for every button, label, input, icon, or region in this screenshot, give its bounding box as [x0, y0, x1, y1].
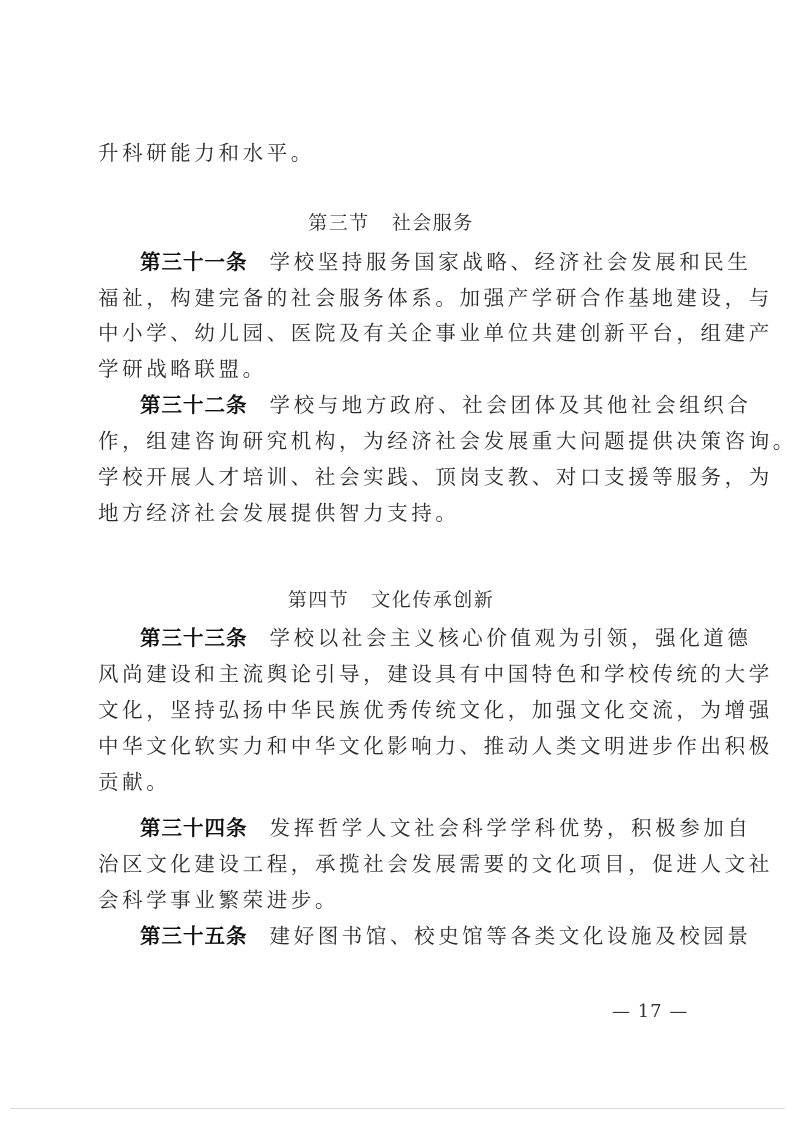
article-31-line-4: 学研战略联盟。 [98, 357, 684, 381]
article-35-line-1: 第三十五条建好图书馆、校史馆等各类文化设施及校园景 [98, 924, 726, 948]
article-31-line-1: 第三十一条学校坚持服务国家战略、经济社会发展和民生 [98, 250, 726, 274]
article-text: 建好图书馆、校史馆等各类文化设施及校园景 [270, 924, 752, 948]
article-32-line-3: 学校开展人才培训、社会实践、顶岗支教、对口支援等服务，为 [98, 465, 684, 489]
article-label: 第三十二条 [140, 393, 248, 417]
section-number: 第四节 [288, 589, 350, 611]
article-33-line-5: 贡献。 [98, 770, 684, 794]
section-heading-3: 第三节社会服务 [98, 211, 684, 235]
article-text: 学校与地方政府、社会团体及其他社会组织合 [270, 393, 752, 417]
article-text: 学校坚持服务国家战略、经济社会发展和民生 [270, 250, 752, 274]
continuation-line: 升科研能力和水平。 [98, 141, 684, 165]
article-33-line-1: 第三十三条学校以社会主义核心价值观为引领，强化道德 [98, 626, 726, 650]
article-label: 第三十四条 [140, 816, 248, 840]
article-text: 学校以社会主义核心价值观为引领，强化道德 [270, 626, 752, 650]
section-number: 第三节 [308, 212, 370, 234]
article-34-line-2: 治区文化建设工程，承揽社会发展需要的文化项目，促进人文社 [98, 852, 684, 876]
scan-edge-line [10, 1108, 785, 1109]
article-31-line-3: 中小学、幼儿园、医院及有关企事业单位共建创新平台，组建产 [98, 321, 684, 345]
article-label: 第三十三条 [140, 626, 248, 650]
article-32-line-2: 作，组建咨询研究机构，为经济社会发展重大问题提供决策咨询。 [98, 429, 684, 453]
article-34-line-3: 会科学事业繁荣进步。 [98, 888, 684, 912]
article-label: 第三十一条 [140, 250, 248, 274]
section-title: 文化传承创新 [371, 589, 494, 611]
article-label: 第三十五条 [140, 924, 248, 948]
article-33-line-4: 中华文化软实力和中华文化影响力、推动人类文明进步作出积极 [98, 734, 684, 758]
article-32-line-1: 第三十二条学校与地方政府、社会团体及其他社会组织合 [98, 393, 726, 417]
article-32-line-4: 地方经济社会发展提供智力支持。 [98, 501, 684, 525]
article-33-line-2: 风尚建设和主流舆论引导，建设具有中国特色和学校传统的大学 [98, 662, 684, 686]
section-title: 社会服务 [392, 212, 474, 234]
article-text: 发挥哲学人文社会科学学科优势，积极参加自 [270, 816, 752, 840]
page-number: — 17 — [612, 1000, 688, 1024]
article-33-line-3: 文化，坚持弘扬中华民族优秀传统文化，加强文化交流，为增强 [98, 698, 684, 722]
article-31-line-2: 福祉，构建完备的社会服务体系。加强产学研合作基地建设，与 [98, 286, 684, 310]
article-34-line-1: 第三十四条发挥哲学人文社会科学学科优势，积极参加自 [98, 816, 726, 840]
section-heading-4: 第四节文化传承创新 [98, 588, 684, 612]
